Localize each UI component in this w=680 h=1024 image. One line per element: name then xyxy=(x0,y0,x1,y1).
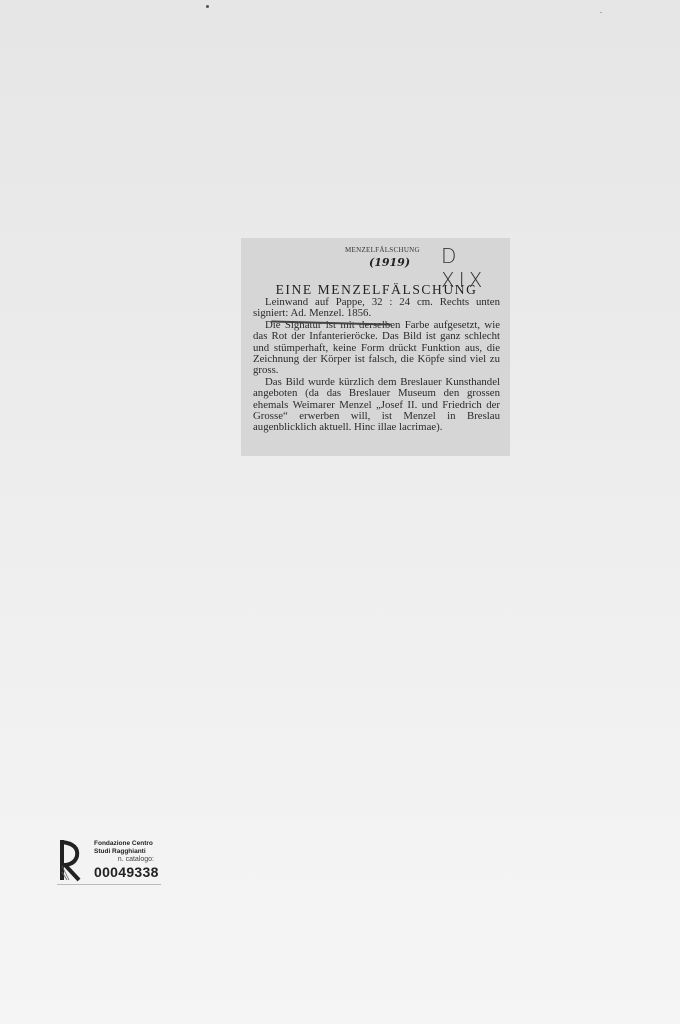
clipping-header: MENZELFÄLSCHUNG (1919) D XIX xyxy=(253,242,500,282)
catalog-label: n. catalogo: xyxy=(94,856,154,864)
handwritten-code: D XIX xyxy=(441,244,500,292)
institution-line-1: Fondazione Centro xyxy=(94,840,159,848)
institution-line-2: Studi Ragghianti xyxy=(94,848,159,856)
article-paragraph: Leinwand auf Pappe, 32 : 24 cm. Rechts u… xyxy=(253,297,500,320)
scan-speck xyxy=(206,5,209,8)
ragghianti-r-logo-icon xyxy=(59,838,81,882)
archive-stamp-text: Fondazione Centro Studi Ragghianti n. ca… xyxy=(94,840,159,880)
article-paragraph: Die Signatur ist mit derselben Farbe auf… xyxy=(253,320,500,377)
catalog-number: 00049338 xyxy=(94,864,159,880)
handwritten-year: (1919) xyxy=(369,256,410,269)
stamp-divider xyxy=(57,884,161,885)
archive-stamp: Fondazione Centro Studi Ragghianti n. ca… xyxy=(57,836,162,886)
clipping-header-label: MENZELFÄLSCHUNG xyxy=(345,246,420,254)
scan-speck xyxy=(600,12,602,13)
newspaper-clipping: MENZELFÄLSCHUNG (1919) D XIX EINE MENZEL… xyxy=(241,238,510,456)
article-paragraph: Das Bild wurde kürzlich dem Breslauer Ku… xyxy=(253,377,500,434)
